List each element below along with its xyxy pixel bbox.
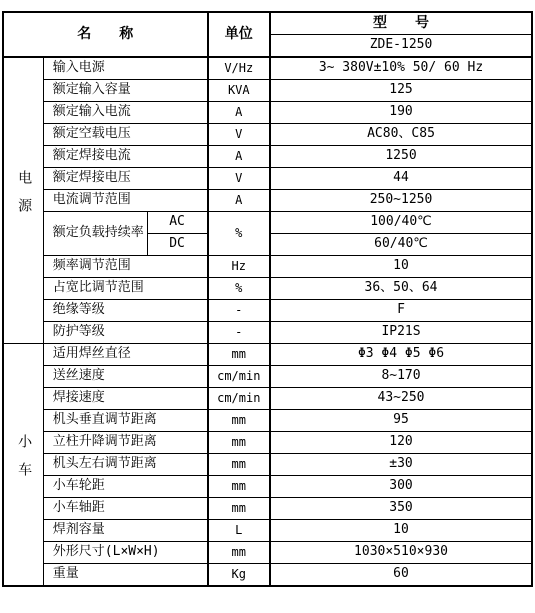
row-value-cell: 43~250 (270, 388, 532, 410)
header-row-1: 名 称 单位 型 号 (3, 12, 532, 35)
row-name-cell: 额定输入容量 (43, 80, 207, 102)
row-value-cell: 1030×510×930 (270, 542, 532, 564)
row-unit-cell: mm (208, 454, 270, 476)
table-row: 送丝速度 cm/min 8~170 (3, 366, 532, 388)
row-unit-cell: % (208, 212, 270, 256)
row-value-cell: 8~170 (270, 366, 532, 388)
table-row: 机头垂直调节距离 mm 95 (3, 410, 532, 432)
header-unit-cell: 单位 (208, 12, 270, 57)
row-unit-cell: A (208, 146, 270, 168)
row-unit-cell: mm (208, 410, 270, 432)
row-unit-cell: A (208, 190, 270, 212)
row-name-cell: 立柱升降调节距离 (43, 432, 207, 454)
group-label-carriage: 小车 (3, 344, 43, 587)
row-value-cell: 10 (270, 520, 532, 542)
row-value-cell: 60 (270, 564, 532, 587)
table-row: 外形尺寸(L×W×H) mm 1030×510×930 (3, 542, 532, 564)
row-value-cell: 120 (270, 432, 532, 454)
row-unit-cell: - (208, 300, 270, 322)
row-unit-cell: mm (208, 432, 270, 454)
row-name-cell: 输入电源 (43, 57, 207, 80)
spec-table: 名 称 单位 型 号 ZDE-1250 电源 输入电源 V/Hz 3~ 380V… (2, 11, 533, 587)
row-unit-cell: mm (208, 344, 270, 366)
row-unit-cell: A (208, 102, 270, 124)
row-name-cell: 外形尺寸(L×W×H) (43, 542, 207, 564)
row-unit-cell: - (208, 322, 270, 344)
row-name-cell: 小车轴距 (43, 498, 207, 520)
table-row: 额定空载电压 V AC80、C85 (3, 124, 532, 146)
row-value-cell: ±30 (270, 454, 532, 476)
row-unit-cell: KVA (208, 80, 270, 102)
row-name-cell: 焊剂容量 (43, 520, 207, 542)
table-row: 小车轴距 mm 350 (3, 498, 532, 520)
row-value-cell: 60/40℃ (270, 234, 532, 256)
table-row: 重量 Kg 60 (3, 564, 532, 587)
row-name-cell: 适用焊丝直径 (43, 344, 207, 366)
row-name-cell: 机头左右调节距离 (43, 454, 207, 476)
row-name-cell: 额定负载持续率 (43, 212, 147, 256)
table-row: 小车轮距 mm 300 (3, 476, 532, 498)
row-value-cell: AC80、C85 (270, 124, 532, 146)
header-name-cell: 名 称 (3, 12, 208, 57)
row-value-cell: 95 (270, 410, 532, 432)
row-name-cell: 绝缘等级 (43, 300, 207, 322)
row-name-cell: 机头垂直调节距离 (43, 410, 207, 432)
row-sub-cell-dc: DC (147, 234, 207, 256)
table-row: 频率调节范围 Hz 10 (3, 256, 532, 278)
row-unit-cell: mm (208, 542, 270, 564)
group-label-power: 电源 (3, 57, 43, 344)
row-unit-cell: mm (208, 476, 270, 498)
table-row: 绝缘等级 - F (3, 300, 532, 322)
row-unit-cell: V/Hz (208, 57, 270, 80)
group-label-text: 电源 (16, 170, 31, 226)
row-value-cell: 250~1250 (270, 190, 532, 212)
header-model-cell: 型 号 (270, 12, 532, 35)
row-value-cell: 36、50、64 (270, 278, 532, 300)
row-value-cell: F (270, 300, 532, 322)
table-row: 小车 适用焊丝直径 mm Φ3 Φ4 Φ5 Φ6 (3, 344, 532, 366)
row-value-cell: 300 (270, 476, 532, 498)
table-row: 机头左右调节距离 mm ±30 (3, 454, 532, 476)
row-value-cell: IP21S (270, 322, 532, 344)
row-unit-cell: % (208, 278, 270, 300)
table-row: 占宽比调节范围 % 36、50、64 (3, 278, 532, 300)
row-unit-cell: V (208, 124, 270, 146)
table-row: 立柱升降调节距离 mm 120 (3, 432, 532, 454)
row-sub-cell-ac: AC (147, 212, 207, 234)
row-unit-cell: V (208, 168, 270, 190)
row-name-cell: 送丝速度 (43, 366, 207, 388)
row-value-cell: 44 (270, 168, 532, 190)
table-row: 焊剂容量 L 10 (3, 520, 532, 542)
row-name-cell: 焊接速度 (43, 388, 207, 410)
model-value-cell: ZDE-1250 (270, 35, 532, 58)
row-value-cell: 10 (270, 256, 532, 278)
row-value-cell: 125 (270, 80, 532, 102)
row-name-cell: 频率调节范围 (43, 256, 207, 278)
row-name-cell: 占宽比调节范围 (43, 278, 207, 300)
row-name-cell: 额定空载电压 (43, 124, 207, 146)
row-unit-cell: L (208, 520, 270, 542)
row-name-cell: 电流调节范围 (43, 190, 207, 212)
row-value-cell: Φ3 Φ4 Φ5 Φ6 (270, 344, 532, 366)
row-name-cell: 额定焊接电压 (43, 168, 207, 190)
table-row: 防护等级 - IP21S (3, 322, 532, 344)
group-label-text: 小车 (16, 434, 31, 490)
table-row: 额定负载持续率 AC % 100/40℃ (3, 212, 532, 234)
row-name-cell: 额定焊接电流 (43, 146, 207, 168)
row-unit-cell: Kg (208, 564, 270, 587)
row-unit-cell: cm/min (208, 388, 270, 410)
table-row: 焊接速度 cm/min 43~250 (3, 388, 532, 410)
row-name-cell: 防护等级 (43, 322, 207, 344)
row-value-cell: 100/40℃ (270, 212, 532, 234)
row-value-cell: 1250 (270, 146, 532, 168)
row-value-cell: 350 (270, 498, 532, 520)
row-value-cell: 3~ 380V±10% 50/ 60 Hz (270, 57, 532, 80)
row-unit-cell: cm/min (208, 366, 270, 388)
row-name-cell: 额定输入电流 (43, 102, 207, 124)
row-unit-cell: mm (208, 498, 270, 520)
table-row: 额定焊接电压 V 44 (3, 168, 532, 190)
table-row: 电流调节范围 A 250~1250 (3, 190, 532, 212)
row-unit-cell: Hz (208, 256, 270, 278)
table-row: 额定输入容量 KVA 125 (3, 80, 532, 102)
row-value-cell: 190 (270, 102, 532, 124)
row-name-cell: 重量 (43, 564, 207, 587)
table-row: 额定焊接电流 A 1250 (3, 146, 532, 168)
row-name-cell: 小车轮距 (43, 476, 207, 498)
table-row: 额定输入电流 A 190 (3, 102, 532, 124)
table-row: 电源 输入电源 V/Hz 3~ 380V±10% 50/ 60 Hz (3, 57, 532, 80)
